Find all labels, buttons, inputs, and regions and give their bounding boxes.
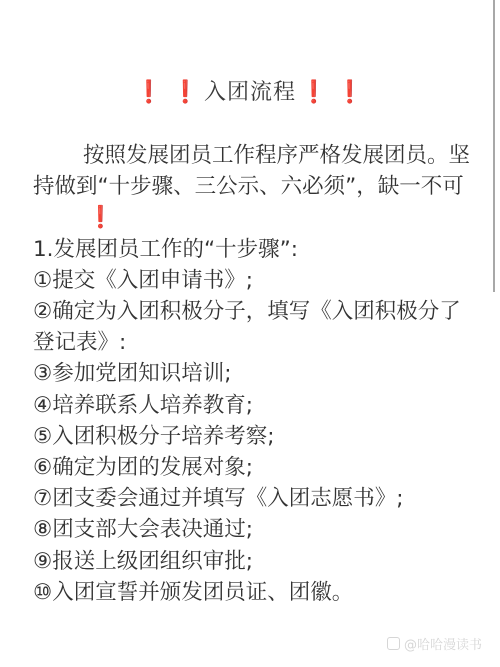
list-item: ③参加党团知识培训; <box>33 358 473 389</box>
page-title: ❗❗入团流程❗❗ <box>0 78 500 108</box>
list-item: ⑥确定为团的发展对象; <box>33 452 473 483</box>
title-text: 入团流程 <box>204 80 296 105</box>
intro-paragraph: 按照发展团员工作程序严格发展团员。坚持做到“十步骤、三公示、六必须”，缺一不可❗ <box>33 140 473 234</box>
list-item: ②确定为入团积极分子，填写《入团积极分了登记表》: <box>33 296 463 358</box>
step-list: ①提交《入团申请书》; ②确定为入团积极分子，填写《入团积极分了登记表》: ③参… <box>33 265 473 608</box>
vertical-scrollbar[interactable] <box>493 0 495 292</box>
list-item: ⑨报送上级团组织审批; <box>33 546 473 577</box>
list-item: ⑤入团积极分子培养考察; <box>33 421 473 452</box>
watermark: @哈哈漫读书 <box>387 634 482 653</box>
list-item: ⑧团支部大会表决通过; <box>33 514 473 545</box>
list-item: ⑩入团宣誓并颁发团员证、团徽。 <box>33 577 473 608</box>
list-item: ①提交《入团申请书》; <box>33 265 473 296</box>
list-item: ④培养联系人培养教育; <box>33 390 473 421</box>
section-heading: 1.发展团员工作的“十步骤”: <box>33 234 473 265</box>
exclamation-icon: ❗ <box>172 78 200 108</box>
exclamation-icon: ❗ <box>336 78 364 108</box>
watermark-text: @哈哈漫读书 <box>404 634 482 653</box>
intro-text: 按照发展团员工作程序严格发展团员。坚持做到“十步骤、三公示、六必须”，缺一不可 <box>33 143 470 199</box>
exclamation-icon: ❗ <box>135 78 163 108</box>
list-item: ⑦团支委会通过并填写《入团志愿书》; <box>33 483 473 514</box>
xiaohongshu-logo-icon <box>387 637 400 650</box>
exclamation-icon: ❗ <box>37 202 114 233</box>
exclamation-icon: ❗ <box>300 78 328 108</box>
document-body: 按照发展团员工作程序严格发展团员。坚持做到“十步骤、三公示、六必须”，缺一不可❗… <box>33 140 473 608</box>
